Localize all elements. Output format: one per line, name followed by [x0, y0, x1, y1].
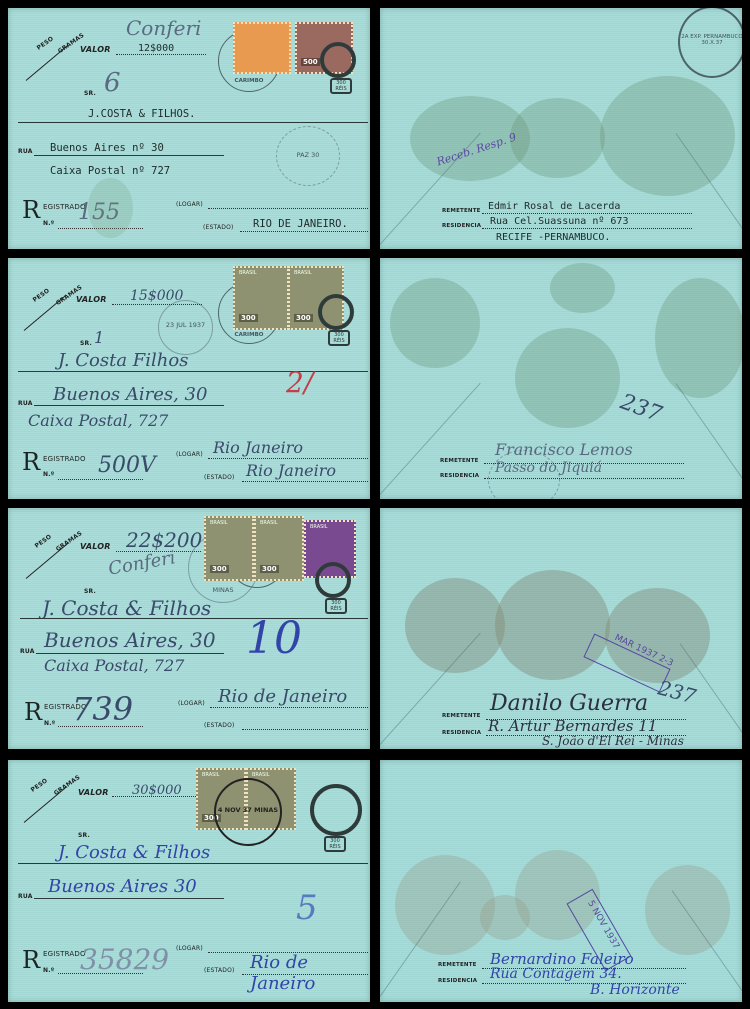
big-number: 10 — [246, 613, 302, 664]
rua-label: RUA — [18, 148, 33, 155]
valor-value: 12$000 — [138, 43, 174, 54]
estado-label: (ESTADO) — [203, 224, 234, 231]
valor-label: VALOR — [78, 788, 109, 797]
glue-stain — [510, 98, 605, 178]
sr-label: SR. — [84, 90, 96, 97]
postmark: 4 NOV 37 MINAS — [214, 778, 282, 846]
rua-value: Buenos Aires 30 — [48, 876, 197, 897]
glue-stain — [495, 570, 610, 680]
addressee: J. Costa & Filhos — [42, 596, 211, 620]
r-mark: R — [24, 698, 42, 726]
peso-label: PESO — [34, 533, 53, 549]
registrado-number: 35829 — [80, 943, 169, 976]
rua-label: RUA — [18, 400, 33, 407]
logar-line — [208, 458, 368, 459]
remetente-label: REMETENTE — [442, 208, 481, 214]
logar-value: Rio Janeiro — [213, 438, 303, 457]
postmark: 23 JUL 1937 — [158, 300, 213, 355]
sr-label: SR. — [78, 832, 90, 839]
rua-line — [34, 405, 224, 406]
indicium: 300 RÉIS — [313, 558, 355, 618]
estado-line — [240, 231, 368, 232]
registrado-number: 739 — [72, 690, 133, 728]
logar-label: (LOGAR) — [176, 945, 203, 952]
big-number: 5 — [296, 888, 318, 928]
stamp-orange — [233, 22, 291, 74]
indicium: 300 RÉIS — [316, 290, 358, 350]
rua-value: Buenos Aires nº 30 — [50, 142, 164, 154]
back-postmark: 2A EXP. PERNAMBUCO 30.X.37 — [678, 8, 742, 78]
stamp-300: BRASIL300 — [254, 516, 304, 581]
peso-label: PESO — [30, 777, 49, 793]
numero-label: N.º — [43, 220, 54, 227]
estado-label: (ESTADO) — [204, 474, 235, 481]
envelope-1-back: 2A EXP. PERNAMBUCO 30.X.37 Receb. Resp. … — [380, 8, 742, 249]
flap-fold — [676, 383, 742, 499]
red-mark: 2/ — [286, 366, 313, 399]
valor-label: VALOR — [76, 295, 107, 304]
envelope-1-front: PESO GRAMAS VALOR 12$000 Conferi SR. 6 J… — [8, 8, 370, 249]
valor-line — [116, 54, 206, 55]
extra-line: Caixa Postal nº 727 — [50, 165, 170, 177]
city-value: RECIFE -PERNAMBUCO. — [496, 232, 610, 243]
stain — [88, 178, 133, 238]
residencia-label: RESIDENCIA — [442, 223, 481, 229]
stamp-300: BRASIL300 — [233, 266, 289, 330]
glue-stain — [515, 328, 620, 428]
logar-label: (LOGAR) — [176, 201, 203, 208]
sr-value: 1 — [94, 328, 104, 347]
city-value: S. João d'El Rei - Minas — [542, 734, 684, 748]
glue-stain — [390, 278, 480, 368]
residencia-label: RESIDENCIA — [442, 730, 481, 736]
estado-line — [242, 481, 368, 482]
envelope-4-back: 5 NOV 1937 REMETENTE Bernardino Faleiro … — [380, 760, 742, 1002]
estado-line — [242, 729, 368, 730]
sr-label: SR. — [80, 340, 92, 347]
addressee-line — [20, 618, 368, 619]
valor-value: 30$000 — [132, 783, 182, 798]
remetente-label: REMETENTE — [442, 713, 481, 719]
registrado-number: 500V — [98, 453, 156, 478]
extra-line: Caixa Postal, 727 — [44, 656, 184, 675]
indicium: 300 RÉIS — [318, 38, 360, 98]
residencia-value: Rua Cel.Suassuna nº 673 — [490, 216, 628, 227]
envelope-2-back: 237 REMETENTE Francisco Lemos RESIDENCIA… — [380, 258, 742, 499]
peso-label: PESO — [32, 287, 51, 303]
logar-line — [210, 707, 368, 708]
logar-value: Rio de Janeiro — [218, 686, 347, 707]
indicium: 300 RÉIS — [306, 778, 366, 858]
postmark: PAZ 30 — [276, 126, 340, 186]
valor-label: VALOR — [80, 45, 111, 54]
estado-label: (ESTADO) — [204, 967, 235, 974]
addressee: J. Costa & Filhos — [58, 842, 210, 863]
residencia-value: Rua Contagem 34. — [490, 966, 622, 982]
weight-divider — [24, 295, 67, 331]
sr-label: SR. — [84, 588, 96, 595]
rua-line — [36, 653, 224, 654]
residencia-label: RESIDENCIA — [438, 978, 477, 984]
glue-stain — [550, 263, 615, 313]
remetente-value: Edmir Rosal de Lacerda — [488, 201, 620, 212]
remetente-value: Danilo Guerra — [490, 691, 648, 716]
annotation: Conferi — [107, 547, 178, 579]
numero-label: N.º — [43, 471, 54, 478]
registrado-line — [58, 479, 143, 480]
weight-divider — [24, 787, 67, 823]
peso-label: PESO — [36, 35, 55, 51]
estado-value: Rio de Janeiro — [250, 952, 370, 994]
rua-label: RUA — [20, 648, 35, 655]
rua-line — [34, 898, 224, 899]
numero-label: N.º — [43, 967, 54, 974]
estado-value: RIO DE JANEIRO. — [253, 218, 348, 230]
addressee-line — [18, 371, 368, 372]
r-mark: R — [22, 196, 40, 224]
rua-value: Buenos Aires, 30 — [44, 628, 216, 652]
weight-divider — [26, 543, 69, 579]
addressee: J. Costa Filhos — [58, 350, 188, 371]
envelope-4-front: PESO GRAMAS VALOR 30$000 SR. J. Costa & … — [8, 760, 370, 1002]
extra-line: Caixa Postal, 727 — [28, 411, 168, 430]
annotation: Conferi — [126, 16, 201, 40]
addressee-line — [18, 122, 368, 123]
logar-label: (LOGAR) — [176, 451, 203, 458]
glue-stain — [645, 865, 730, 955]
number-mark: 237 — [656, 675, 699, 708]
estado-value: Rio Janeiro — [246, 461, 336, 480]
glue-stain — [600, 76, 735, 196]
r-mark: R — [22, 946, 40, 974]
remetente-line — [482, 213, 692, 214]
registrado-label: EGISTRADO — [43, 455, 86, 463]
logar-line — [208, 208, 368, 209]
numero-label: N.º — [44, 720, 55, 727]
remetente-label: REMETENTE — [440, 458, 479, 464]
number-mark: 237 — [617, 390, 665, 428]
r-mark: R — [22, 448, 40, 476]
envelope-3-front: PESO GRAMAS VALOR 22$200 Conferi SR. J. … — [8, 508, 370, 749]
envelope-2-front: PESO GRAMAS VALOR 15$000 SR. 1 J. Costa … — [8, 258, 370, 499]
estado-label: (ESTADO) — [204, 722, 235, 729]
city-value: B. Horizonte — [590, 982, 680, 998]
residencia-label: RESIDENCIA — [440, 473, 479, 479]
residencia-line — [482, 228, 692, 229]
remetente-label: REMETENTE — [438, 962, 477, 968]
logar-label: (LOGAR) — [178, 700, 205, 707]
rua-line — [34, 155, 224, 156]
addressee: J.COSTA & FILHOS. — [88, 108, 195, 120]
addressee-line — [18, 863, 368, 864]
weight-divider — [26, 45, 69, 81]
glue-stain — [395, 855, 495, 955]
valor-label: VALOR — [80, 542, 111, 551]
envelope-3-back: MAR 1937 2-3 237 REMETENTE Danilo Guerra… — [380, 508, 742, 749]
residencia-value: R. Artur Bernardes 11 — [488, 717, 657, 735]
rua-label: RUA — [18, 893, 33, 900]
stamp-300: BRASIL300 — [204, 516, 254, 581]
glue-stain — [655, 278, 742, 398]
rua-value: Buenos Aires, 30 — [53, 384, 207, 405]
sr-value: 6 — [104, 68, 121, 98]
